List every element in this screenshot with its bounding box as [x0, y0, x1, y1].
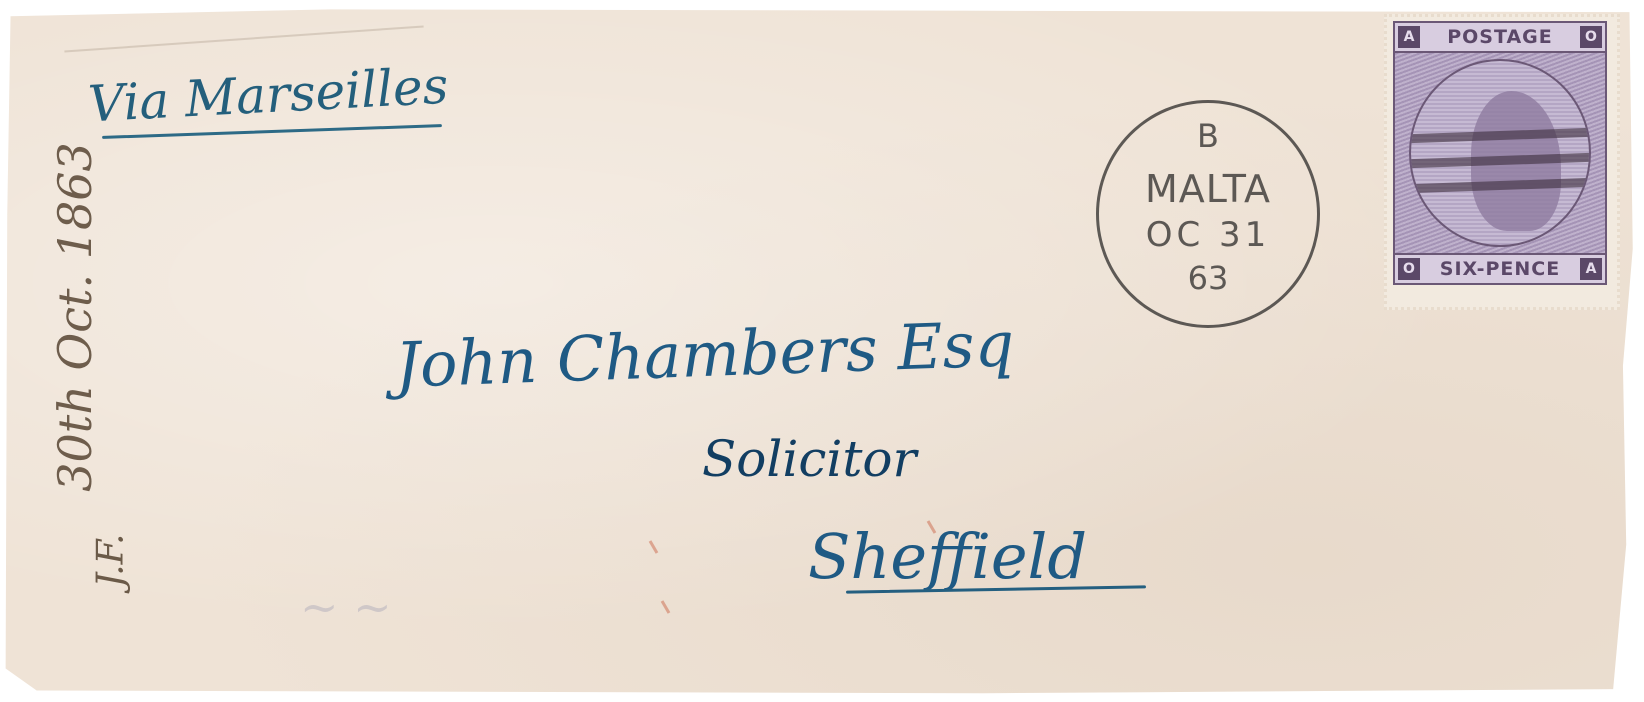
addressee-title: Solicitor	[702, 430, 916, 488]
postage-stamp: A POSTAGE O O SIX-PENCE A	[1384, 14, 1620, 310]
faint-pencil-mark: ​~ ~	[300, 580, 392, 634]
docket-date: 30th Oct. 1863	[48, 127, 102, 507]
postmark-date: OC 31	[1099, 215, 1317, 255]
stamp-frame: A POSTAGE O O SIX-PENCE A	[1393, 21, 1607, 285]
postmark-year: 63	[1099, 259, 1317, 297]
stamp-top-band: A POSTAGE O	[1395, 23, 1605, 53]
stamp-top-label: POSTAGE	[1423, 26, 1577, 48]
stamp-value-label: SIX-PENCE	[1423, 258, 1577, 280]
cancel-bar	[1409, 176, 1591, 194]
stamp-bottom-band: O SIX-PENCE A	[1395, 253, 1605, 283]
postmark-place: MALTA	[1099, 167, 1317, 211]
cancel-bar	[1409, 151, 1591, 169]
addressee-city: Sheffield	[808, 520, 1087, 593]
postmark-code: B	[1099, 117, 1317, 155]
check-letter-top-left: A	[1398, 26, 1420, 48]
check-letter-bottom-right: A	[1580, 258, 1602, 280]
circular-datestamp: B MALTA OC 31 63	[1096, 100, 1320, 328]
docket-initials: J.F.	[90, 534, 131, 588]
stamp-medallion	[1409, 59, 1591, 247]
fold-crease	[64, 25, 423, 52]
check-letter-top-right: O	[1580, 26, 1602, 48]
barred-cancel	[1409, 131, 1591, 206]
check-letter-bottom-left: O	[1398, 258, 1420, 280]
